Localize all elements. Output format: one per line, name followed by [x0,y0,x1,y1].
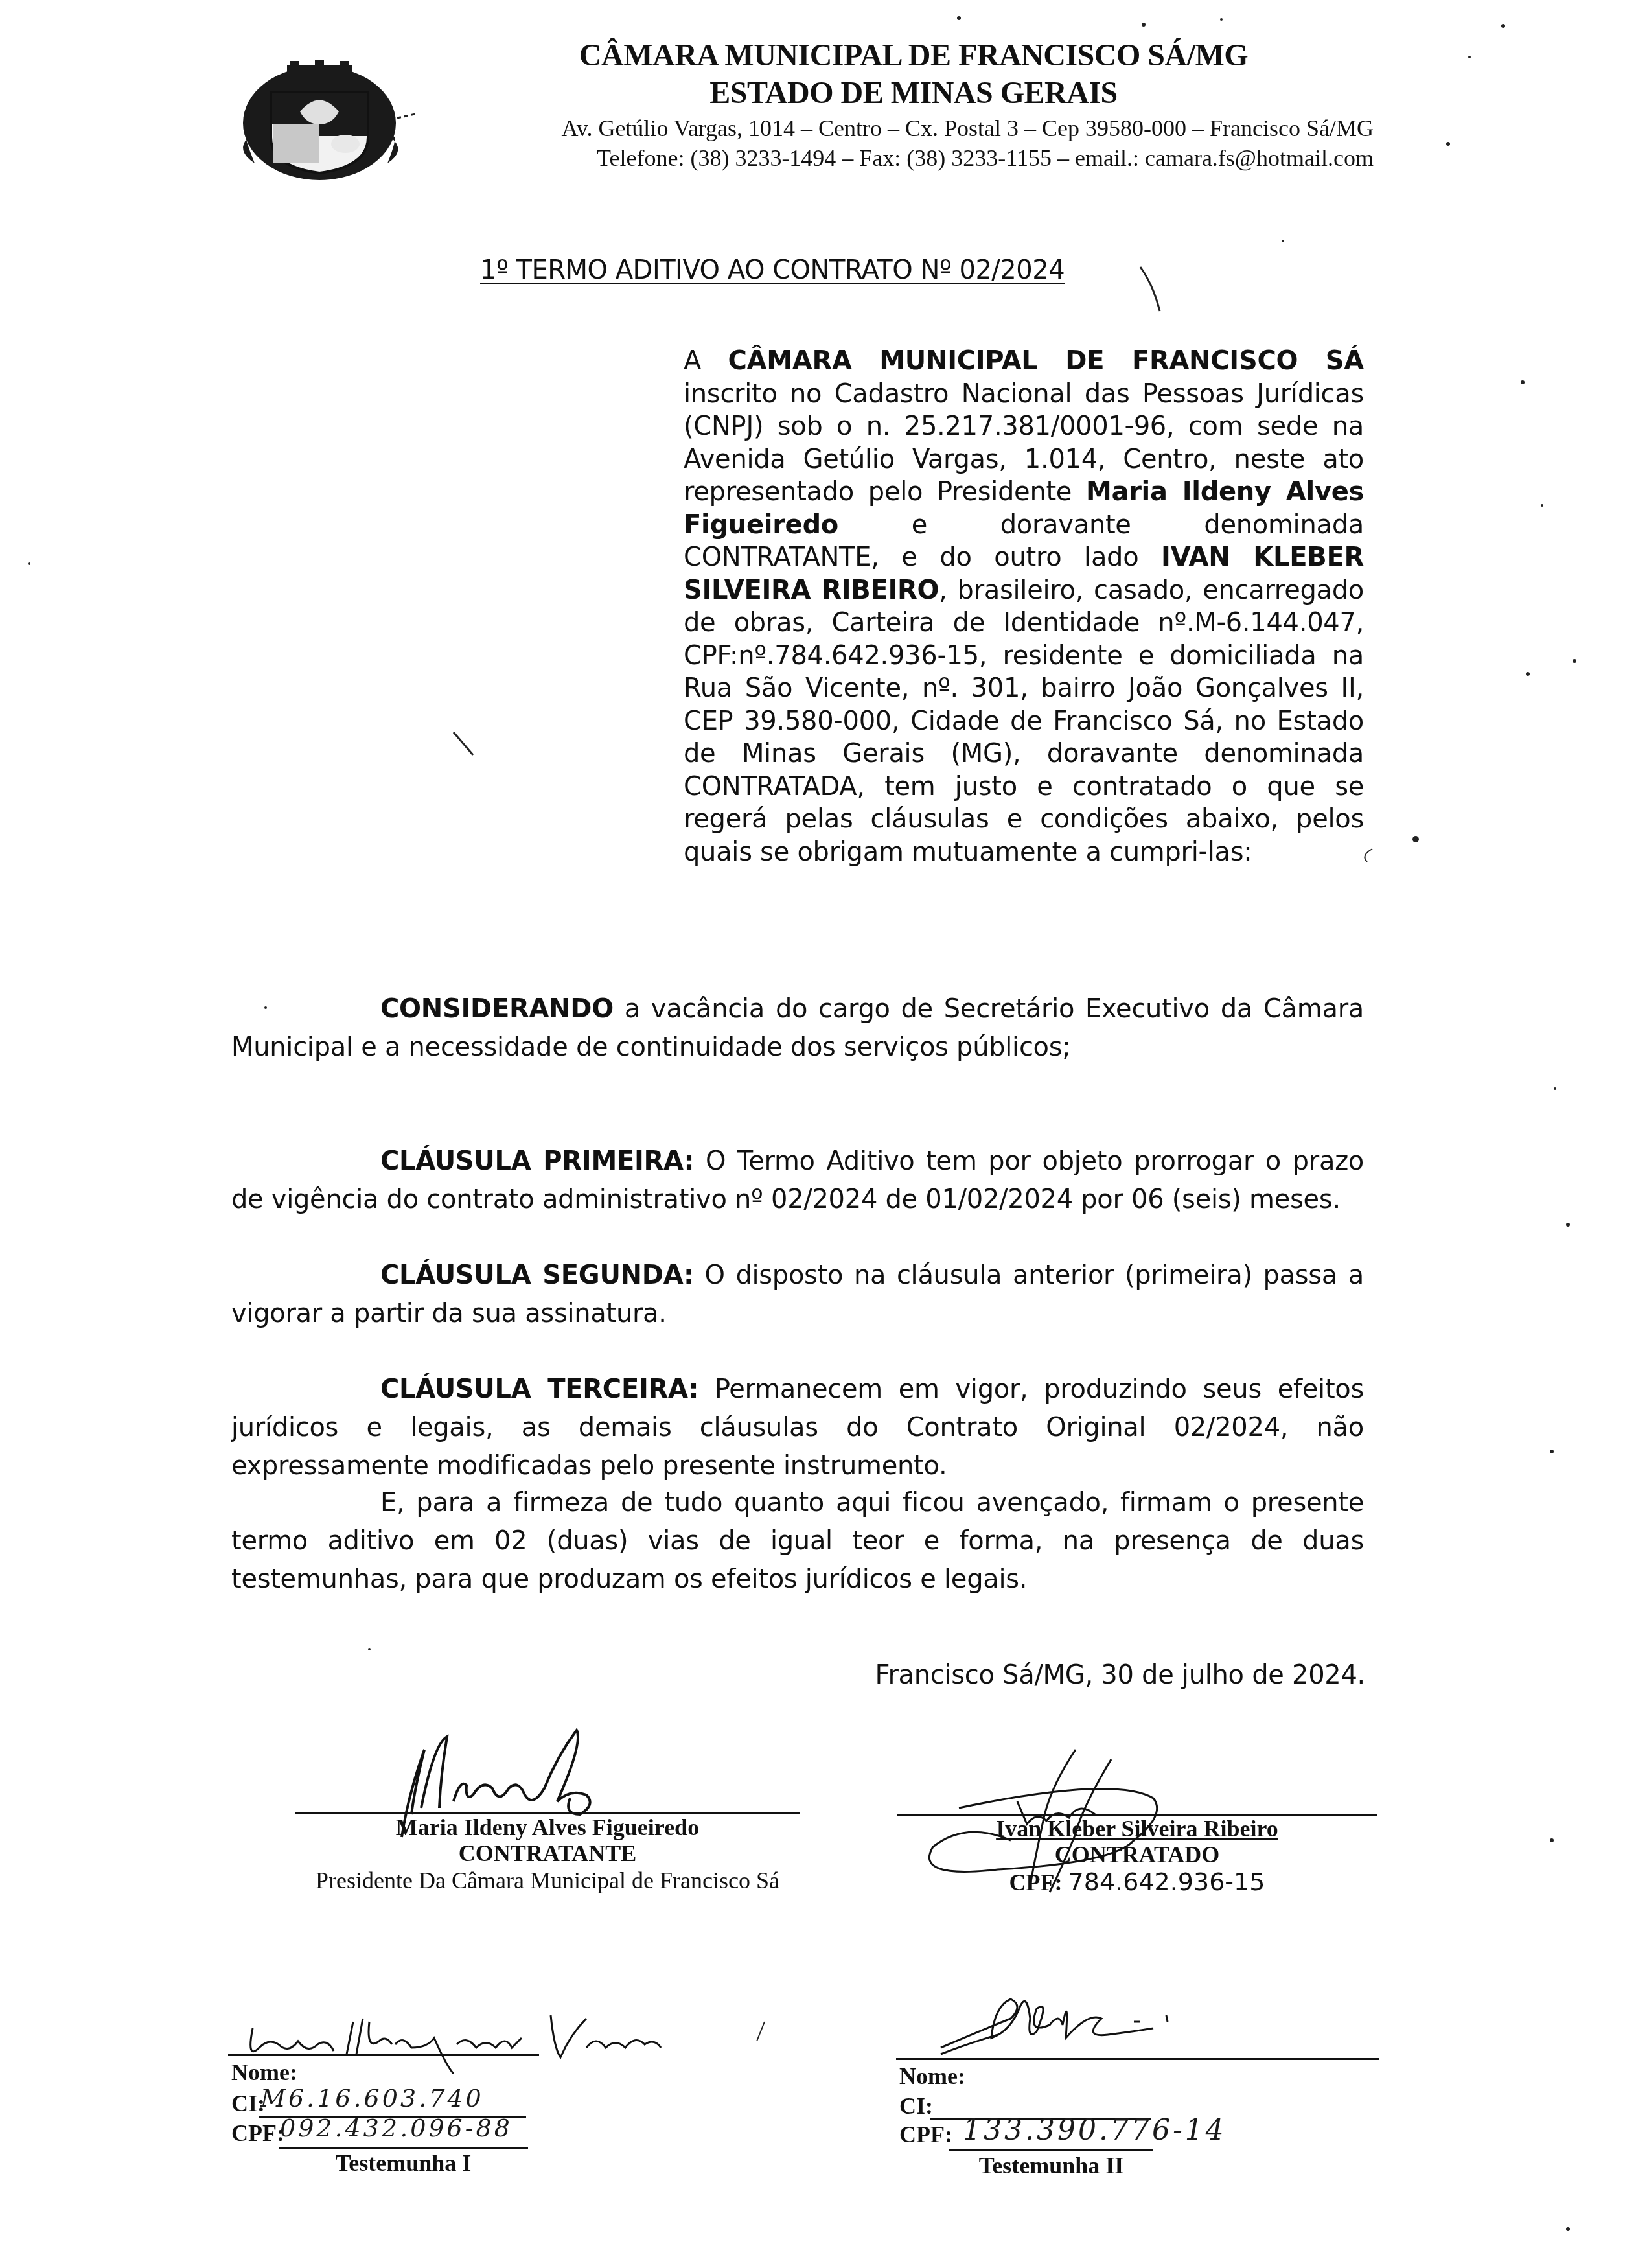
witness-2-cpf-value: 133.390.776-14 [963,2114,1227,2147]
preamble-paragraph: A CÂMARA MUNICIPAL DE FRANCISCO SÁ inscr… [684,345,1364,868]
witness-1-cpf-value: 092.432.096-88 [280,2114,513,2142]
document-title: 1º TERMO ADITIVO AO CONTRATO Nº 02/2024 [480,254,1065,286]
entity-name: CÂMARA MUNICIPAL DE FRANCISCO SÁ [728,346,1364,376]
witness-2-title: Testemunha II [949,2153,1153,2179]
preamble-text: , brasileiro, casado, encarregado de obr… [684,575,1364,867]
clause-heading: CLÁUSULA TERCEIRA: [380,1374,698,1404]
header-address: Av. Getúlio Vargas, 1014 – Centro – Cx. … [561,114,1374,143]
witness-2-ci-label: CI: [899,2093,933,2119]
contratado-name: Ivan Kleber Silveira Ribeiro [897,1816,1377,1842]
signature-line [896,2058,1379,2060]
witness-1-name-label: Nome: [231,2059,297,2085]
contratado-role: CONTRATADO [897,1842,1377,1868]
contratante-role: CONTRATANTE [295,1840,800,1866]
witness-1-ci-value: M6.16.603.740 [260,2084,484,2112]
header-contact: Telefone: (38) 3233-1494 – Fax: (38) 323… [597,144,1374,172]
witness-1-title: Testemunha I [279,2150,528,2176]
clause-heading: CONSIDERANDO [380,994,614,1024]
clause-heading: CLÁUSULA PRIMEIRA: [380,1146,694,1176]
witness-2-cpf-label: CPF: [899,2122,952,2147]
cpf-line [279,2147,528,2149]
preamble-text: A [684,346,728,376]
date-line: Francisco Sá/MG, 30 de julho de 2024. [875,1659,1365,1691]
signature-line [228,2054,539,2056]
clause-considerando: CONSIDERANDO a vacância do cargo de Secr… [231,990,1364,1067]
cpf-label: CPF: [1009,1869,1068,1895]
clause-heading: CLÁUSULA SEGUNDA: [380,1260,694,1290]
contratado-cpf: CPF: 784.642.936-15 [897,1869,1377,1895]
clause-segunda: CLÁUSULA SEGUNDA: O disposto na cláusula… [231,1256,1364,1333]
handwritten-signature-icon [233,2009,700,2080]
clause-terceira: CLÁUSULA TERCEIRA: Permanecem em vigor, … [231,1371,1364,1485]
municipal-coat-of-arms-icon [235,60,417,183]
closing-text: E, para a firmeza de tudo quanto aqui fi… [231,1488,1364,1594]
closing-paragraph: E, para a firmeza de tudo quanto aqui fi… [231,1484,1364,1599]
cpf-value: 784.642.936-15 [1068,1868,1265,1896]
witness-2-name-label: Nome: [899,2063,965,2089]
handwritten-signature-icon [939,1986,1225,2061]
contratante-name: Maria Ildeny Alves Figueiredo [295,1814,800,1840]
scan-noise-decoration [0,0,1636,2268]
clause-primeira: CLÁUSULA PRIMEIRA: O Termo Aditivo tem p… [231,1142,1364,1219]
header-institution-name: CÂMARA MUNICIPAL DE FRANCISCO SÁ/MG [415,38,1412,74]
contratante-subtitle: Presidente Da Câmara Municipal de Franci… [246,1868,849,1893]
witness-1-cpf-label: CPF: [231,2120,284,2146]
cpf-line [949,2149,1153,2151]
header-state-name: ESTADO DE MINAS GERAIS [415,75,1412,111]
